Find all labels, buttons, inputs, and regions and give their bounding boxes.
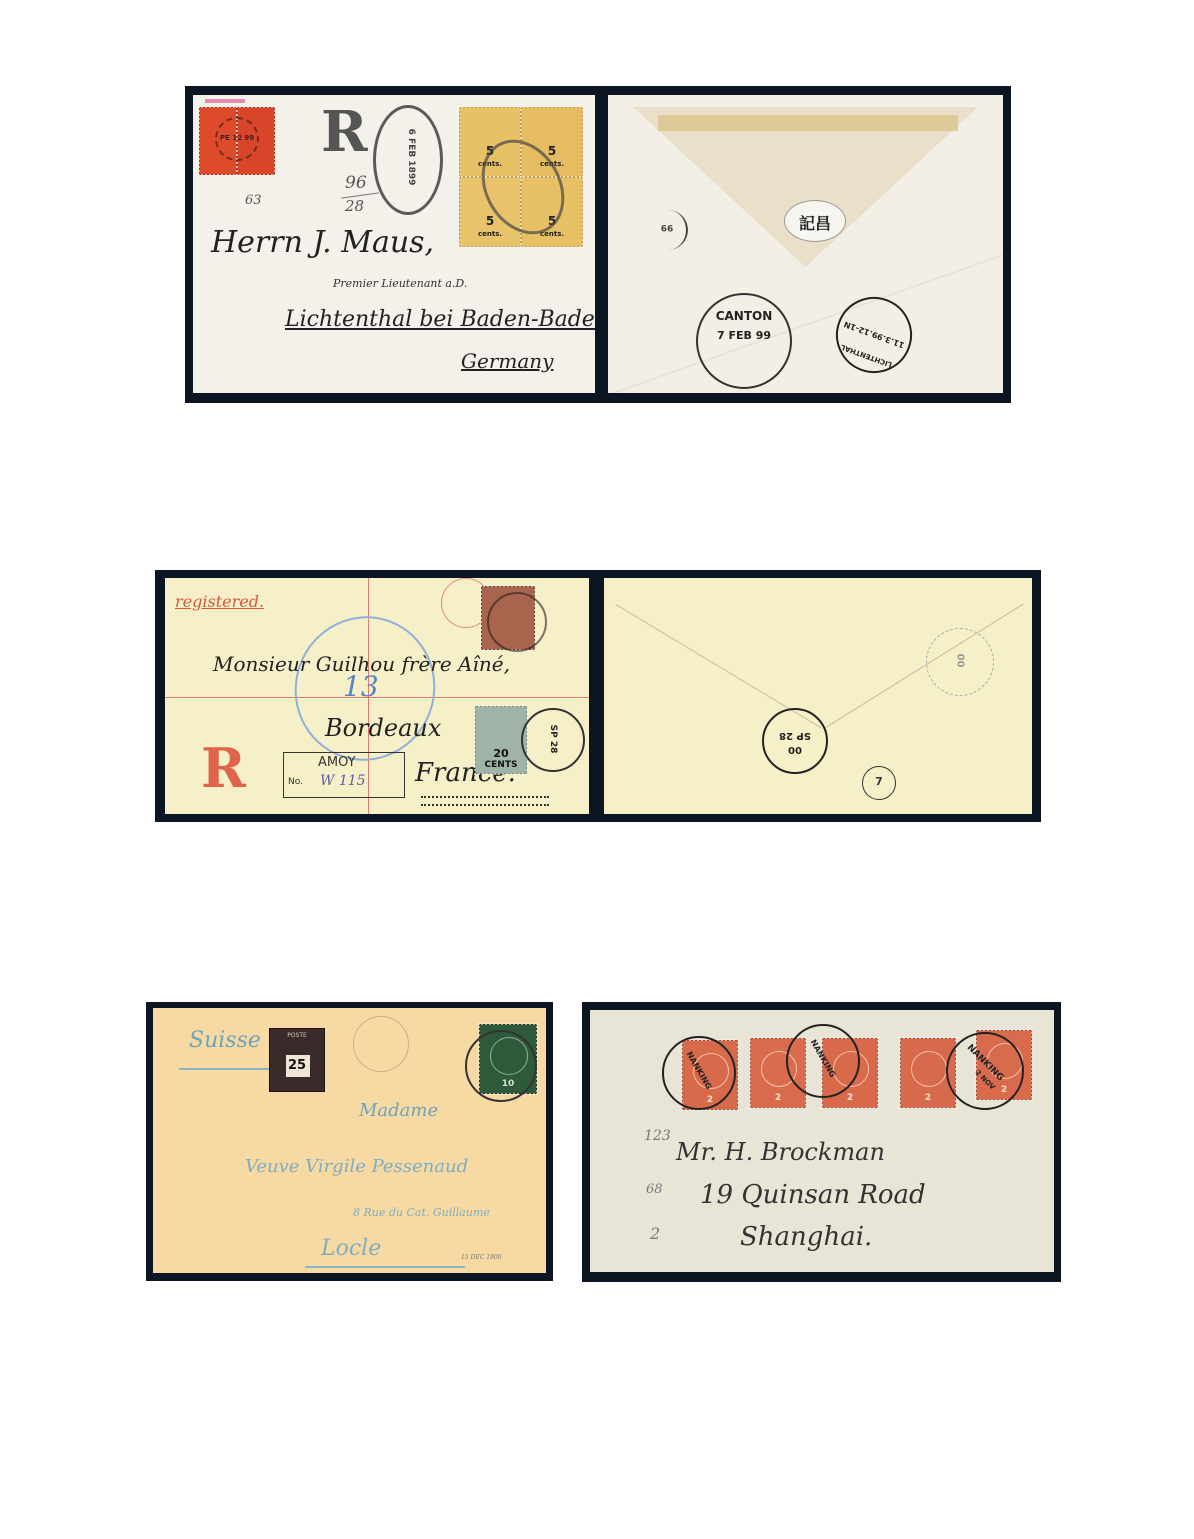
envelope-flap xyxy=(633,107,978,267)
hongkong-cancel: PE 12 99 xyxy=(215,117,259,161)
cover-2-back: SP 28 00 7 00 xyxy=(604,578,1032,814)
faint-transit-postmark: 00 xyxy=(926,628,994,696)
wavy-underline xyxy=(421,796,549,806)
town-underline xyxy=(305,1266,465,1268)
address-line-2: 19 Quinsan Road xyxy=(700,1180,926,1210)
nanking-postmark: NANKING xyxy=(786,1024,860,1098)
address-line-1: Monsieur Guilhou frère Aîné, xyxy=(213,652,510,676)
address-line-4: Locle xyxy=(321,1236,381,1261)
dragon-cancel xyxy=(465,1030,537,1102)
dragon-medallion xyxy=(911,1051,947,1087)
wuchow-oval-postmark: 6 FEB 1899 xyxy=(373,105,443,215)
cover-1-front: PE 12 99 R 6 FEB 1899 96 28 63 5 cents. … xyxy=(193,95,595,393)
registered-annotation: registered. xyxy=(175,592,264,611)
address-line-2: Premier Lieutenant a.D. xyxy=(333,277,467,290)
nanking-postmark: NANKING 2 NOV xyxy=(946,1032,1024,1110)
sender-seal: 記昌 xyxy=(784,200,846,242)
address-line-1: Mr. H. Brockman xyxy=(676,1138,885,1166)
cover-3-front: Suisse POSTE 25 10 Madame Veuve Virgile … xyxy=(153,1008,546,1273)
flap-bottom-lines xyxy=(608,255,1003,393)
stamp-french-sage-25c: POSTE 25 xyxy=(269,1028,325,1092)
docket-side: 63 xyxy=(245,193,262,208)
address-line-3: Lichtenthal bei Baden-Baden xyxy=(285,307,595,332)
canton-postmark: CANTON 7 FEB 99 xyxy=(696,293,792,389)
registry-number: W 115 xyxy=(320,773,366,789)
tape-strip xyxy=(658,115,958,131)
partial-postmark: 99 xyxy=(648,210,688,250)
cover-4-front: 2 2 2 2 2 NANKING NANKING NANKING 2 NOV … xyxy=(590,1010,1054,1272)
small-circle-mark: 7 xyxy=(862,766,896,800)
amoy-registry-box: AMOY No. W 115 xyxy=(283,752,405,798)
address-line-3: 8 Rue du Cat. Guillaume xyxy=(353,1206,490,1219)
hongkong-postmark: SP 28 xyxy=(521,708,585,772)
suisse-underline xyxy=(179,1068,283,1070)
pencil-note-3: 2 xyxy=(650,1224,660,1243)
red-r-mark: R xyxy=(201,736,246,800)
docket-top: 96 xyxy=(345,173,367,193)
registry-no-label: No. xyxy=(288,777,303,787)
registration-r-mark: R xyxy=(321,99,368,165)
cover-2-front: registered. 13 Monsieur Guilhou frère Aî… xyxy=(165,578,589,814)
docket-bottom: 28 xyxy=(345,197,364,215)
registry-office: AMOY xyxy=(318,755,356,770)
stamp-block-dowager-5c: 5 cents. 5 cents. 5 cents. 5 cents. xyxy=(459,107,583,247)
nanking-postmark: NANKING xyxy=(662,1036,736,1110)
address-line-4: Germany xyxy=(461,349,553,373)
address-line-3: Shanghai. xyxy=(740,1222,872,1252)
stamp-hongkong-20c: 20 CENTS xyxy=(475,706,527,774)
pencil-note-1: 123 xyxy=(644,1128,671,1144)
hongkong-back-postmark: SP 28 00 xyxy=(762,708,828,774)
pencil-date-note: 15 DEC 1900 xyxy=(461,1254,502,1261)
address-line-2: Veuve Virgile Pessenaud xyxy=(245,1156,468,1177)
suisse-annotation: Suisse xyxy=(189,1028,261,1053)
pencil-note-2: 68 xyxy=(646,1182,663,1197)
cover-1-back: 記昌 CANTON 7 FEB 99 LICHTENTHAL 11.3.99.1… xyxy=(608,95,1003,393)
address-line-2: Bordeaux xyxy=(325,714,441,742)
address-line-1: Herrn J. Maus, xyxy=(211,225,434,260)
dragon-cancel xyxy=(487,592,547,652)
flap-line-right xyxy=(824,603,1024,728)
address-line-1: Madame xyxy=(359,1100,438,1121)
faint-postmark xyxy=(353,1016,409,1072)
pink-tape xyxy=(205,99,245,103)
